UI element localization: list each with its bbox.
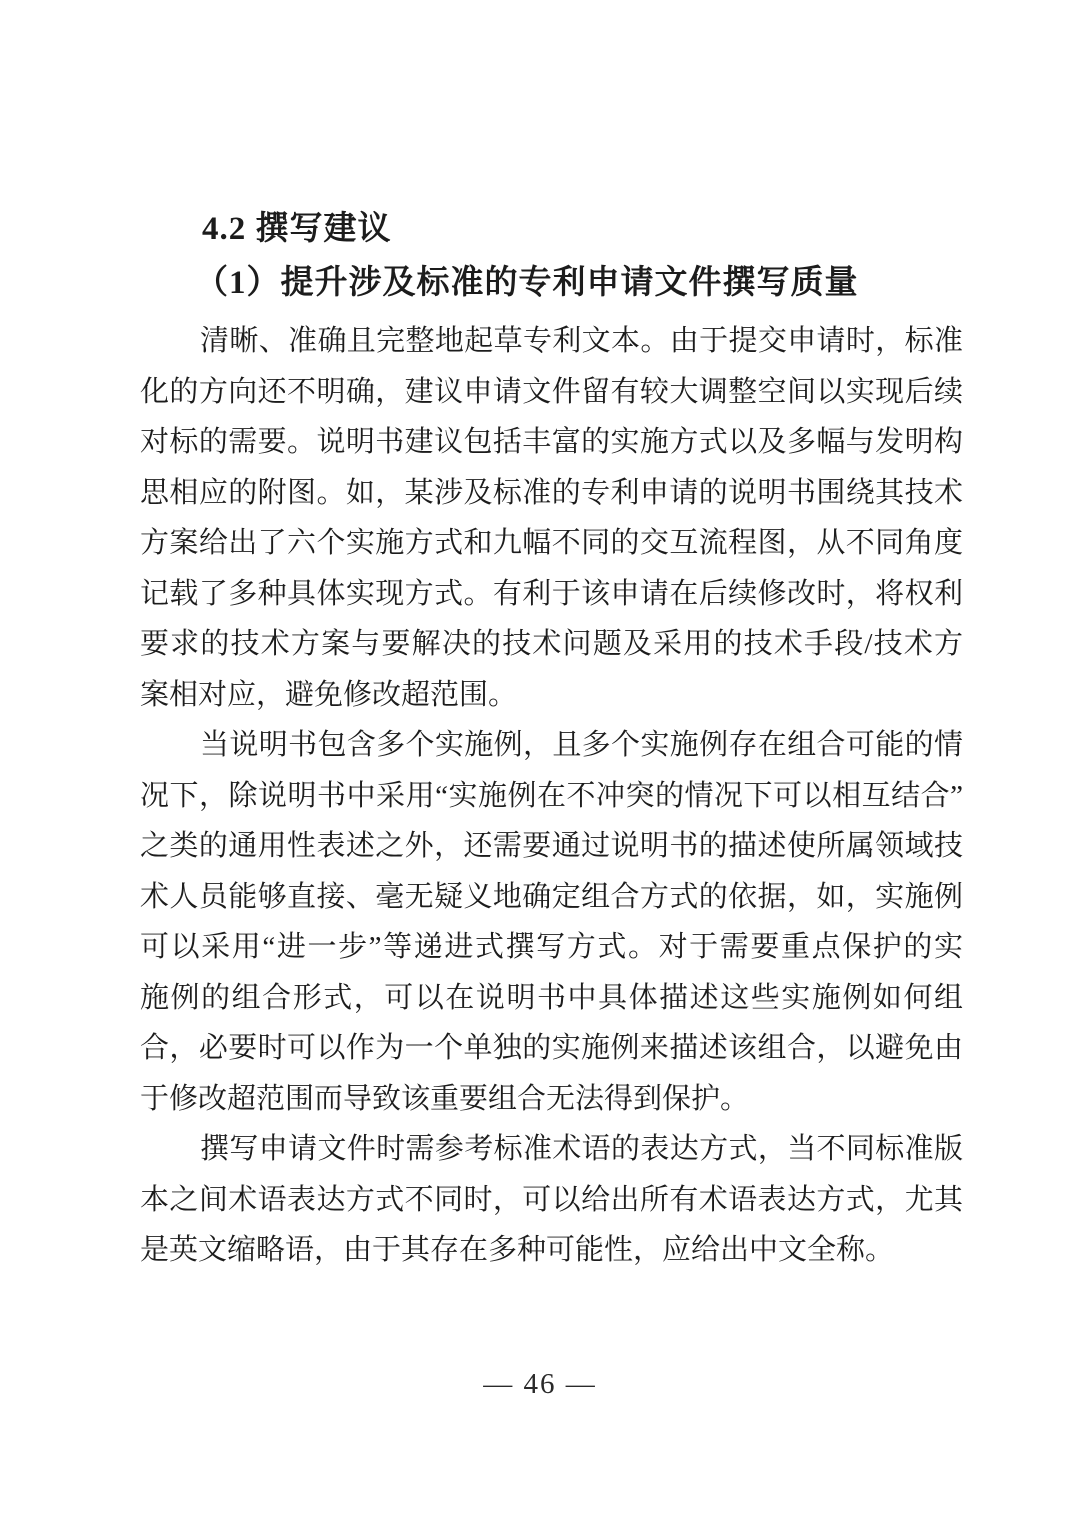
paragraph-2-line: 当说明书包含多个实施例，且多个实施例存在组合可能的情	[140, 720, 963, 771]
paragraph-1-line: 对标的需要。说明书建议包括丰富的实施方式以及多幅与发明构	[140, 417, 963, 468]
paragraph-3-line: 撰写申请文件时需参考标准术语的表达方式，当不同标准版	[140, 1124, 963, 1175]
paragraph-3-line: 是英文缩略语，由于其存在多种可能性，应给出中文全称。	[140, 1225, 963, 1276]
paragraph-2-line: 施例的组合形式，可以在说明书中具体描述这些实施例如何组	[140, 973, 963, 1024]
sub-heading: （1）提升涉及标准的专利申请文件撰写质量	[140, 258, 963, 316]
paragraph-1-line: 思相应的附图。如，某涉及标准的专利申请的说明书围绕其技术	[140, 468, 963, 519]
paragraph-2-line: 况下，除说明书中采用“实施例在不冲突的情况下可以相互结合”	[140, 771, 963, 822]
section-heading: 4.2 撰写建议	[140, 208, 963, 258]
document-body: 4.2 撰写建议 （1）提升涉及标准的专利申请文件撰写质量 清晰、准确且完整地起…	[140, 0, 963, 1276]
paragraph-2-line: 于修改超范围而导致该重要组合无法得到保护。	[140, 1074, 963, 1125]
paragraph-2-line: 之类的通用性表述之外，还需要通过说明书的描述使所属领域技	[140, 821, 963, 872]
page-number: — 46 —	[0, 1368, 1080, 1401]
paragraph-1-line: 记载了多种具体实现方式。有利于该申请在后续修改时，将权利	[140, 569, 963, 620]
paragraph-2-line: 术人员能够直接、毫无疑义地确定组合方式的依据，如，实施例	[140, 872, 963, 923]
paragraph-1-line: 案相对应，避免修改超范围。	[140, 670, 963, 721]
paragraph-2-line: 合，必要时可以作为一个单独的实施例来描述该组合，以避免由	[140, 1023, 963, 1074]
paragraph-1-line: 要求的技术方案与要解决的技术问题及采用的技术手段/技术方	[140, 619, 963, 670]
paragraph-1-line: 清晰、准确且完整地起草专利文本。由于提交申请时，标准	[140, 316, 963, 367]
document-page: 4.2 撰写建议 （1）提升涉及标准的专利申请文件撰写质量 清晰、准确且完整地起…	[0, 0, 1080, 1527]
paragraph-2-line: 可以采用“进一步”等递进式撰写方式。对于需要重点保护的实	[140, 922, 963, 973]
paragraph-3-line: 本之间术语表达方式不同时，可以给出所有术语表达方式，尤其	[140, 1175, 963, 1226]
paragraph-1-line: 方案给出了六个实施方式和九幅不同的交互流程图，从不同角度	[140, 518, 963, 569]
paragraph-1-line: 化的方向还不明确，建议申请文件留有较大调整空间以实现后续	[140, 367, 963, 418]
